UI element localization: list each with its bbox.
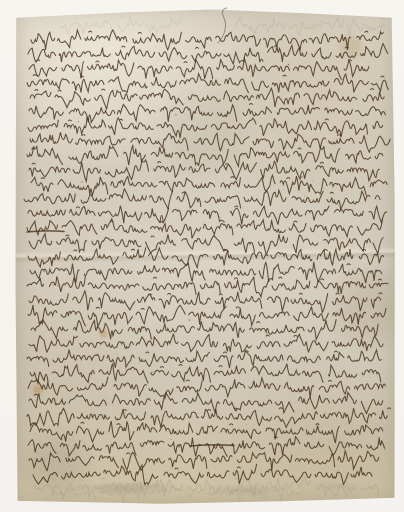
scan-background: [0, 0, 404, 512]
manuscript-page: [14, 8, 396, 505]
